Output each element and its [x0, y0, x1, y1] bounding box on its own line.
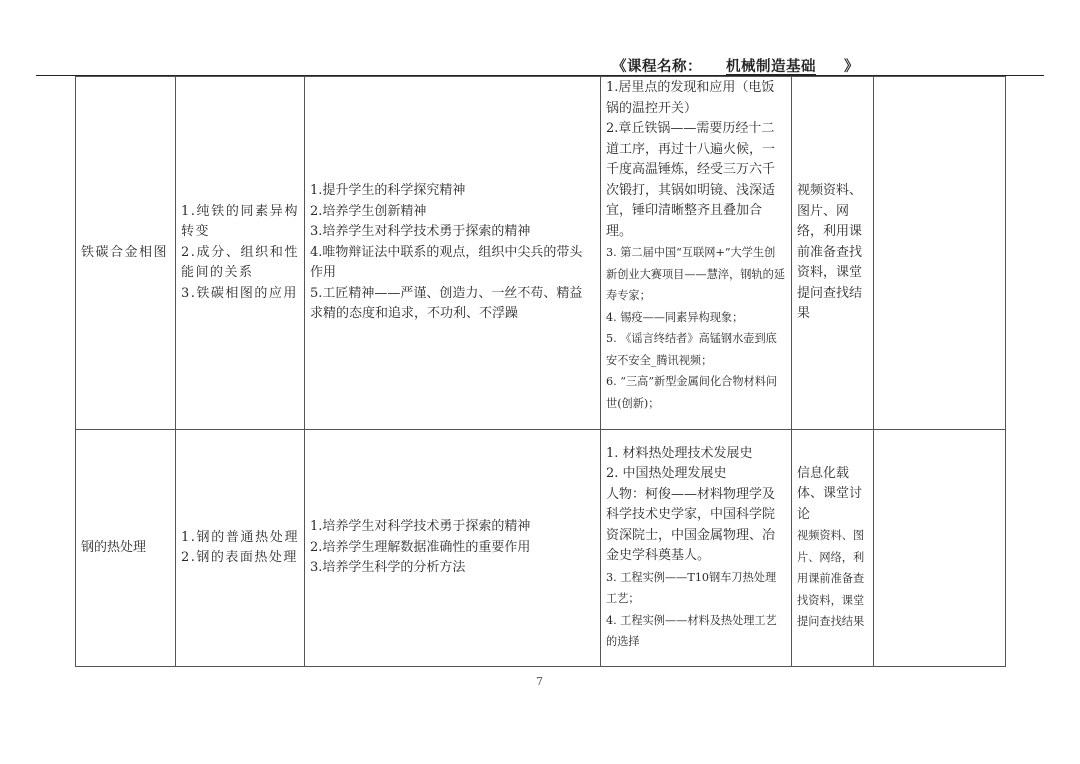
content-point: 2.成分、组织和性能间的关系 [181, 243, 299, 284]
case-item: 1.居里点的发现和应用（电饭锅的温控开关） [606, 78, 786, 119]
methods-text-large: 信息化载体、课堂讨论 [797, 464, 868, 526]
goal-item: 1.提升学生的科学探究精神 [310, 181, 595, 202]
cases-cell: 1. 材料热处理技术发展史 2. 中国热处理发展史 人物：柯俊——材料物理学及科… [601, 430, 792, 667]
content-point: 1.纯铁的同素异构转变 [181, 202, 299, 243]
case-item: 5. 《谣言终结者》高锰钢水壶到底安不安全_腾讯视频； [606, 328, 786, 371]
ideological-goals-cell: 1.提升学生的科学探究精神 2.培养学生创新精神 3.培养学生对科学技术勇于探索… [305, 77, 601, 430]
methods-cell: 视频资料、图片、网络，利用课前准备查找资料，课堂提问查找结果 [792, 77, 874, 430]
topic-cell: 钢的热处理 [76, 430, 176, 667]
ideological-goals-cell: 1.培养学生对科学技术勇于探索的精神 2.培养学生理解数据准确性的重要作用 3.… [305, 430, 601, 667]
case-item: 2.章丘铁锅——需要历经十二道工序，再过十八遍火候，一千度高温锤炼，经受三万六千… [606, 119, 786, 242]
case-item: 4. 工程实例——材料及热处理工艺的选择 [606, 610, 786, 653]
goal-item: 2.培养学生创新精神 [310, 202, 595, 223]
table-row: 铁碳合金相图 1.纯铁的同素异构转变 2.成分、组织和性能间的关系 3.铁碳相图… [76, 77, 1006, 430]
case-item: 3. 工程实例——T10钢车刀热处理工艺； [606, 567, 786, 610]
content-points-cell: 1.钢的普通热处理 2.钢的表面热处理 [176, 430, 305, 667]
case-item: 3. 第二届中国“互联网+”大学生创新创业大赛项目——慧淬，钢轨的延寿专家； [606, 242, 786, 307]
case-item: 2. 中国热处理发展史 [606, 464, 786, 485]
course-title-header: 《课程名称：机械制造基础》 [612, 55, 859, 76]
methods-text: 视频资料、图片、网络，利用课前准备查找资料，课堂提问查找结果 [797, 525, 868, 633]
topic-text: 铁碳合金相图 [81, 245, 168, 260]
goal-item: 1.培养学生对科学技术勇于探索的精神 [310, 517, 595, 538]
topic-cell: 铁碳合金相图 [76, 77, 176, 430]
topic-text: 钢的热处理 [81, 540, 146, 555]
table-row: 钢的热处理 1.钢的普通热处理 2.钢的表面热处理 1.培养学生对科学技术勇于探… [76, 430, 1006, 667]
case-item: 人物：柯俊——材料物理学及科学技术史学家，中国科学院资深院士，中国金属物理、冶金… [606, 485, 786, 567]
content-point: 1.钢的普通热处理 2.钢的表面热处理 [181, 528, 299, 569]
extra-cell [874, 77, 1006, 430]
extra-cell [874, 430, 1006, 667]
cases-cell: 1.居里点的发现和应用（电饭锅的温控开关） 2.章丘铁锅——需要历经十二道工序，… [601, 77, 792, 430]
goal-item: 4.唯物辩证法中联系的观点，组织中尖兵的带头作用 [310, 243, 595, 284]
content-points-cell: 1.纯铁的同素异构转变 2.成分、组织和性能间的关系 3.铁碳相图的应用 [176, 77, 305, 430]
course-title-prefix: 《课程名称： [612, 58, 702, 75]
course-title-suffix: 》 [844, 58, 859, 75]
goal-item: 5.工匠精神——严谨、创造力、一丝不苟、精益求精的态度和追求，不功利、不浮躁 [310, 284, 595, 325]
goal-item: 2.培养学生理解数据准确性的重要作用 [310, 538, 595, 559]
content-point: 3.铁碳相图的应用 [181, 284, 299, 305]
course-plan-table: 铁碳合金相图 1.纯铁的同素异构转变 2.成分、组织和性能间的关系 3.铁碳相图… [75, 76, 1006, 667]
methods-cell: 信息化载体、课堂讨论 视频资料、图片、网络，利用课前准备查找资料，课堂提问查找结… [792, 430, 874, 667]
case-item: 6. “三高”新型金属间化合物材料问世(创新)； [606, 371, 786, 414]
goal-item: 3.培养学生科学的分析方法 [310, 558, 595, 579]
methods-text: 视频资料、图片、网络，利用课前准备查找资料，课堂提问查找结果 [797, 183, 862, 321]
page-number: 7 [536, 675, 543, 688]
course-name: 机械制造基础 [702, 55, 844, 76]
goal-item: 3.培养学生对科学技术勇于探索的精神 [310, 222, 595, 243]
case-item: 1. 材料热处理技术发展史 [606, 444, 786, 465]
case-item: 4. 锡疫——同素异构现象； [606, 307, 786, 329]
